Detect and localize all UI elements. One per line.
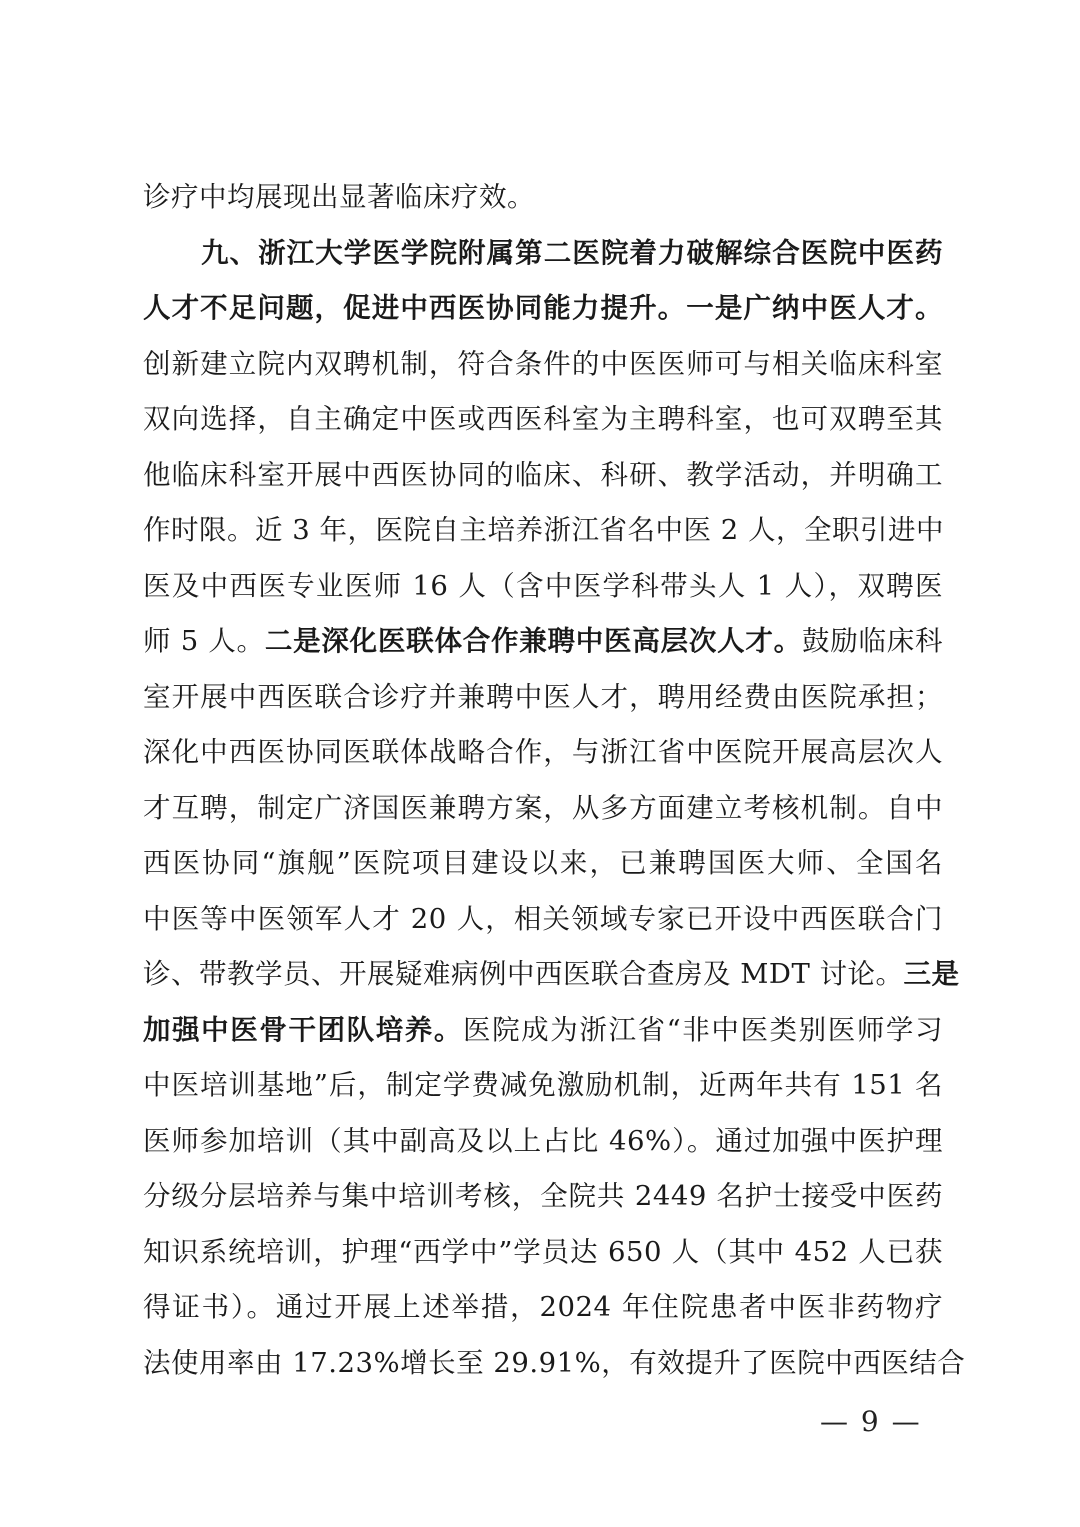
text-segment: 才互聘，制定广济国医兼聘方案，从多方面建立考核机制。自中 (143, 792, 943, 824)
text-line: 九、浙江大学医学院附属第二医院着力破解综合医院中医药 (143, 226, 943, 282)
text-line: 人才不足问题，促进中西医协同能力提升。一是广纳中医人才。 (143, 281, 943, 337)
text-segment: 鼓励临床科 (802, 625, 943, 657)
text-line: 他临床科室开展中西医协同的临床、科研、教学活动，并明确工 (143, 448, 943, 504)
document-page: 诊疗中均展现出显著临床疗效。九、浙江大学医学院附属第二医院着力破解综合医院中医药… (0, 0, 1080, 1527)
text-line: 知识系统培训，护理“西学中”学员达 650 人（其中 452 人已获 (143, 1225, 943, 1281)
text-line: 法使用率由 17.23%增长至 29.91%，有效提升了医院中西医结合 (143, 1336, 943, 1392)
text-line: 才互聘，制定广济国医兼聘方案，从多方面建立考核机制。自中 (143, 781, 943, 837)
text-line: 加强中医骨干团队培养。医院成为浙江省“非中医类别医师学习 (143, 1003, 943, 1059)
text-line: 创新建立院内双聘机制，符合条件的中医医师可与相关临床科室 (143, 337, 943, 393)
bold-text-segment: 加强中医骨干团队培养。 (143, 1014, 463, 1046)
text-segment: 他临床科室开展中西医协同的临床、科研、教学活动，并明确工 (143, 459, 943, 491)
text-line: 诊疗中均展现出显著临床疗效。 (143, 170, 943, 226)
text-line: 得证书）。通过开展上述举措，2024 年住院患者中医非药物疗 (143, 1280, 943, 1336)
body-text: 诊疗中均展现出显著临床疗效。九、浙江大学医学院附属第二医院着力破解综合医院中医药… (143, 170, 943, 1391)
text-segment: 中医培训基地”后，制定学费减免激励机制，近两年共有 151 名 (143, 1069, 943, 1101)
text-segment: 作时限。近 3 年，医院自主培养浙江省名中医 2 人，全职引进中 (143, 514, 944, 546)
text-line: 西医协同“旗舰”医院项目建设以来，已兼聘国医大师、全国名 (143, 836, 943, 892)
text-segment: 知识系统培训，护理“西学中”学员达 650 人（其中 452 人已获 (143, 1236, 943, 1268)
text-line: 医师参加培训（其中副高及以上占比 46%）。通过加强中医护理 (143, 1114, 943, 1170)
text-line: 分级分层培养与集中培训考核，全院共 2449 名护士接受中医药 (143, 1169, 943, 1225)
text-line: 深化中西医协同医联体战略合作，与浙江省中医院开展高层次人 (143, 725, 943, 781)
text-segment: 医师参加培训（其中副高及以上占比 46%）。通过加强中医护理 (143, 1125, 943, 1157)
text-line: 室开展中西医联合诊疗并兼聘中医人才，聘用经费由医院承担； (143, 670, 943, 726)
text-line: 诊、带教学员、开展疑难病例中西医联合查房及 MDT 讨论。三是 (143, 947, 943, 1003)
bold-text-segment: 人才不足问题，促进中西医协同能力提升。一是广纳中医人才。 (143, 292, 943, 324)
text-segment: 法使用率由 17.23%增长至 29.91%，有效提升了医院中西医结合 (143, 1347, 965, 1379)
text-line: 作时限。近 3 年，医院自主培养浙江省名中医 2 人，全职引进中 (143, 503, 943, 559)
text-segment: 医院成为浙江省“非中医类别医师学习 (463, 1014, 943, 1046)
text-segment: 分级分层培养与集中培训考核，全院共 2449 名护士接受中医药 (143, 1180, 943, 1212)
text-line: 师 5 人。二是深化医联体合作兼聘中医高层次人才。鼓励临床科 (143, 614, 943, 670)
text-segment: 医及中西医专业医师 16 人（含中医学科带头人 1 人），双聘医 (143, 570, 943, 602)
page-number: — 9 — (820, 1402, 922, 1442)
text-segment: 中医等中医领军人才 20 人，相关领域专家已开设中西医联合门 (143, 903, 943, 935)
text-segment: 诊、带教学员、开展疑难病例中西医联合查房及 MDT 讨论。 (143, 958, 904, 990)
text-segment: 西医协同“旗舰”医院项目建设以来，已兼聘国医大师、全国名 (143, 847, 943, 879)
text-segment: 室开展中西医联合诊疗并兼聘中医人才，聘用经费由医院承担； (143, 681, 943, 713)
text-line: 医及中西医专业医师 16 人（含中医学科带头人 1 人），双聘医 (143, 559, 943, 615)
text-segment: 创新建立院内双聘机制，符合条件的中医医师可与相关临床科室 (143, 348, 943, 380)
bold-text-segment: 九、浙江大学医学院附属第二医院着力破解综合医院中医药 (201, 237, 943, 269)
text-line: 中医培训基地”后，制定学费减免激励机制，近两年共有 151 名 (143, 1058, 943, 1114)
text-segment: 师 5 人。 (143, 625, 265, 657)
bold-text-segment: 三是 (904, 958, 960, 990)
text-segment: 得证书）。通过开展上述举措，2024 年住院患者中医非药物疗 (143, 1291, 943, 1323)
text-line: 双向选择，自主确定中医或西医科室为主聘科室，也可双聘至其 (143, 392, 943, 448)
text-segment: 深化中西医协同医联体战略合作，与浙江省中医院开展高层次人 (143, 736, 943, 768)
text-segment: 双向选择，自主确定中医或西医科室为主聘科室，也可双聘至其 (143, 403, 943, 435)
text-segment: 诊疗中均展现出显著临床疗效。 (143, 181, 535, 213)
bold-text-segment: 二是深化医联体合作兼聘中医高层次人才。 (265, 625, 802, 657)
text-line: 中医等中医领军人才 20 人，相关领域专家已开设中西医联合门 (143, 892, 943, 948)
